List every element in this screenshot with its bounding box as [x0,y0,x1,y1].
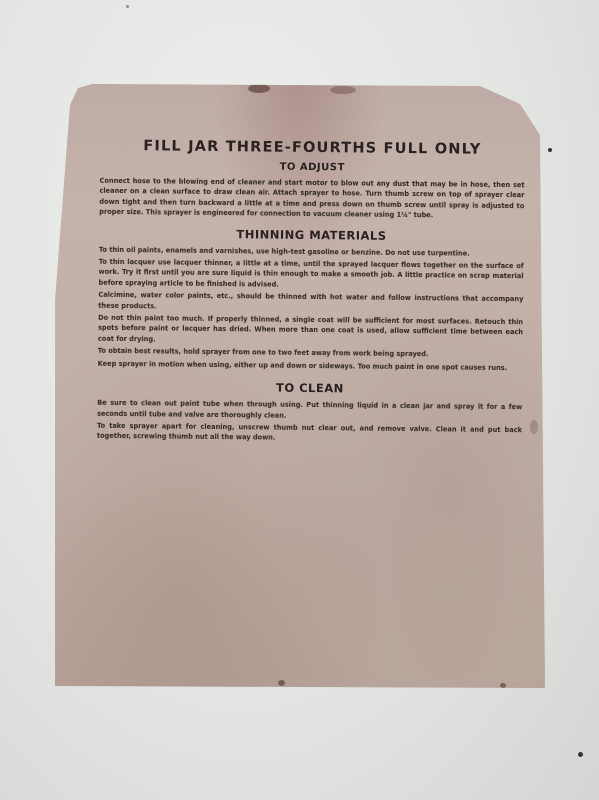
paragraph: Keep sprayer in motion when using, eithe… [98,358,523,373]
stain-mark [278,680,285,686]
section-heading: TO CLEAN [97,379,522,397]
paragraph: Be sure to clean out paint tube when thr… [97,398,522,423]
surface-speck [548,148,552,152]
section-to-clean: TO CLEAN Be sure to clean out paint tube… [97,379,523,446]
stain-mark [330,86,356,94]
paragraph: To obtain best results, hold sprayer fro… [98,346,523,361]
paragraph: Connect hose to the blowing end of clean… [99,176,524,222]
stain-mark [500,683,506,688]
paragraph: To take sprayer apart for cleaning, unsc… [97,421,522,446]
instruction-sheet: FILL JAR THREE-FOURTHS FULL ONLY TO ADJU… [0,0,599,800]
paragraph: To thin lacquer use lacquer thinner, a l… [98,257,523,293]
stain-mark [248,84,270,93]
paragraph: To thin oil paints, enamels and varnishe… [99,244,524,259]
section-to-adjust: TO ADJUST Connect hose to the blowing en… [99,160,525,222]
section-heading: TO ADJUST [100,160,525,175]
stain-mark [530,420,538,434]
section-thinning-materials: THINNING MATERIALS To thin oil paints, e… [98,225,524,373]
surface-speck [126,5,129,8]
document-body: FILL JAR THREE-FOURTHS FULL ONLY TO ADJU… [97,138,525,448]
paragraph: Calcimine, water color paints, etc., sho… [98,290,523,315]
paragraph: Do not thin paint too much. If properly … [98,313,523,349]
surface-speck [578,752,583,757]
document-title: FILL JAR THREE-FOURTHS FULL ONLY [100,138,525,158]
section-heading: THINNING MATERIALS [99,225,524,243]
